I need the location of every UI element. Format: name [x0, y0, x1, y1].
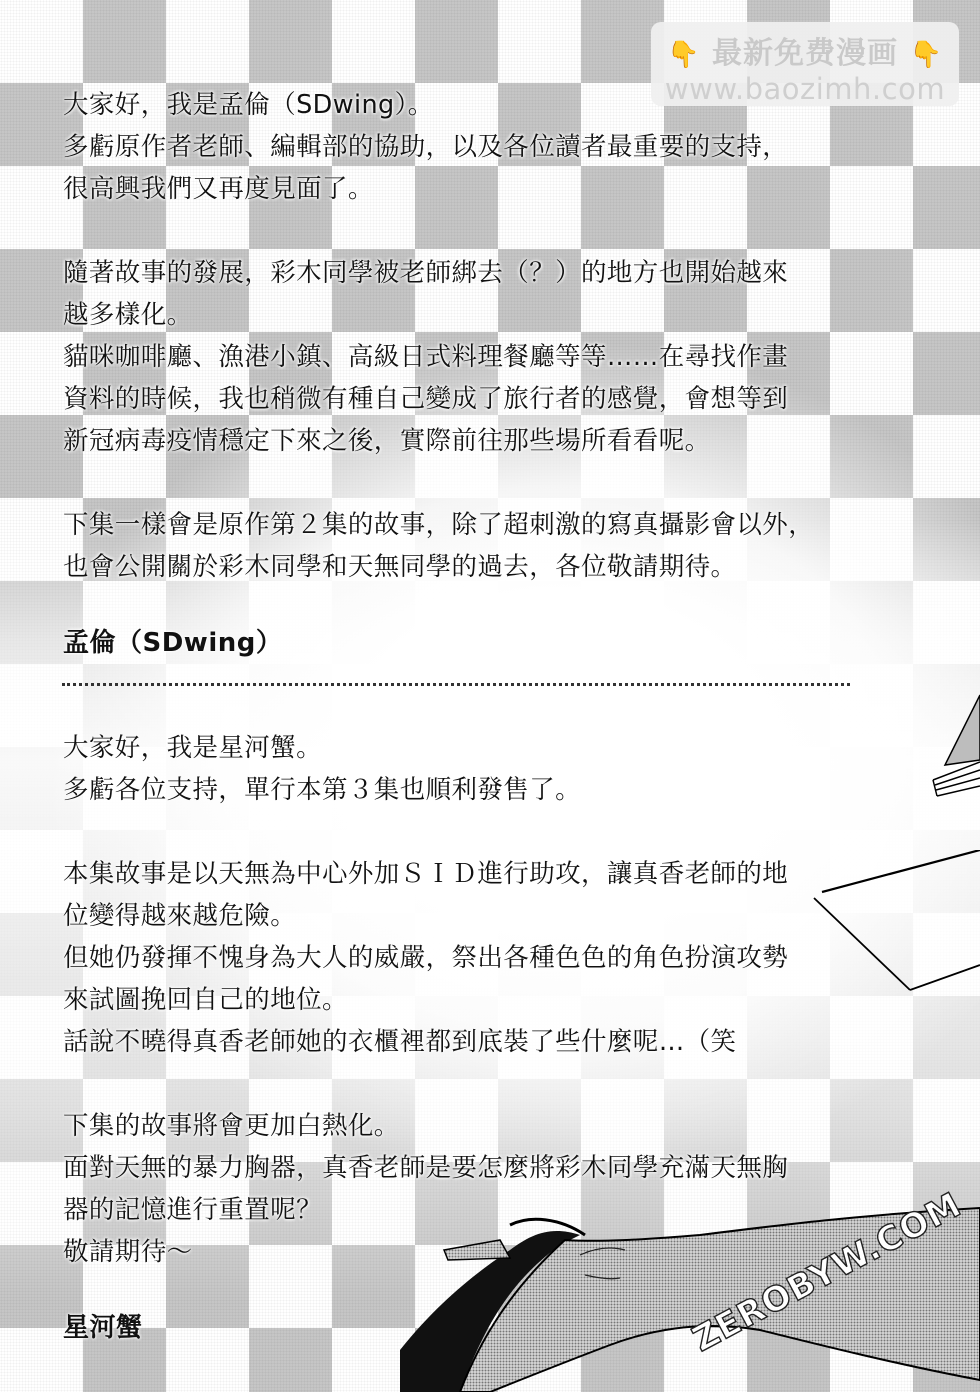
afterword-sdwing: 大家好，我是孟倫（SDwing）。 多虧原作者老師、編輯部的協助，以及各位讀者最… — [63, 84, 814, 664]
text-line: 面對天無的暴力胸器，真香老師是要怎麼將彩木同學充滿天無胸 — [63, 1147, 788, 1189]
text-line: 話說不曉得真香老師她的衣櫃裡都到底裝了些什麼呢…（笑 — [63, 1021, 788, 1063]
paragraph: 下集一樣會是原作第２集的故事，除了超刺激的寫真攝影會以外， 也會公開關於彩木同學… — [63, 504, 814, 588]
text-line: 貓咪咖啡廳、漁港小鎮、高級日式料理餐廳等等……在尋找作畫 — [63, 336, 814, 378]
text-line: 敬請期待～ — [63, 1231, 788, 1273]
text-line: 資料的時候，我也稍微有種自己變成了旅行者的感覺，會想等到 — [63, 378, 814, 420]
pointing-down-hand-icon: 👇 — [667, 40, 700, 70]
text-line: 位變得越來越危險。 — [63, 895, 788, 937]
text-line: 很高興我們又再度見面了。 — [63, 168, 814, 210]
text-line: 新冠病毒疫情穩定下來之後，實際前往那些場所看看呢。 — [63, 420, 814, 462]
paragraph: 本集故事是以天無為中心外加ＳＩＤ進行助攻，讓真香老師的地 位變得越來越危險。 但… — [63, 853, 788, 1063]
text-line: 也會公開關於彩木同學和天無同學的過去，各位敬請期待。 — [63, 546, 814, 588]
site-watermark[interactable]: 👇 最新免费漫画 👇 www.baozimh.com — [651, 22, 959, 106]
afterword-xinghexie: 大家好，我是星河蟹。 多虧各位支持，單行本第３集也順利發售了。 本集故事是以天無… — [63, 727, 788, 1349]
paragraph: 隨著故事的發展，彩木同學被老師綁去（？）的地方也開始越來 越多樣化。 貓咪咖啡廳… — [63, 252, 814, 462]
text-line: 多虧原作者老師、編輯部的協助，以及各位讀者最重要的支持， — [63, 126, 814, 168]
text-line: 隨著故事的發展，彩木同學被老師綁去（？）的地方也開始越來 — [63, 252, 814, 294]
text-line: 本集故事是以天無為中心外加ＳＩＤ進行助攻，讓真香老師的地 — [63, 853, 788, 895]
paragraph: 下集的故事將會更加白熱化。 面對天無的暴力胸器，真香老師是要怎麼將彩木同學充滿天… — [63, 1105, 788, 1273]
watermark-title: 最新免费漫画 — [712, 36, 898, 71]
paper-stack-illustration — [905, 690, 980, 800]
text-line: 下集的故事將會更加白熱化。 — [63, 1105, 788, 1147]
dotted-divider — [62, 683, 850, 686]
pointing-down-hand-icon: 👇 — [909, 40, 942, 70]
text-line: 但她仍發揮不愧身為大人的威嚴，祭出各種色色的角色扮演攻勢 — [63, 937, 788, 979]
watermark-url: www.baozimh.com — [651, 72, 959, 106]
text-line: 下集一樣會是原作第２集的故事，除了超刺激的寫真攝影會以外， — [63, 504, 814, 546]
text-line: 多虧各位支持，單行本第３集也順利發售了。 — [63, 769, 788, 811]
author-signature: 星河蟹 — [63, 1307, 788, 1349]
text-line: 大家好，我是星河蟹。 — [63, 727, 788, 769]
text-line: 器的記憶進行重置呢？ — [63, 1189, 788, 1231]
paper-edge-illustration — [810, 850, 980, 1000]
paragraph: 大家好，我是星河蟹。 多虧各位支持，單行本第３集也順利發售了。 — [63, 727, 788, 811]
author-signature: 孟倫（SDwing） — [63, 622, 814, 664]
text-line: 越多樣化。 — [63, 294, 814, 336]
text-line: 來試圖挽回自己的地位。 — [63, 979, 788, 1021]
